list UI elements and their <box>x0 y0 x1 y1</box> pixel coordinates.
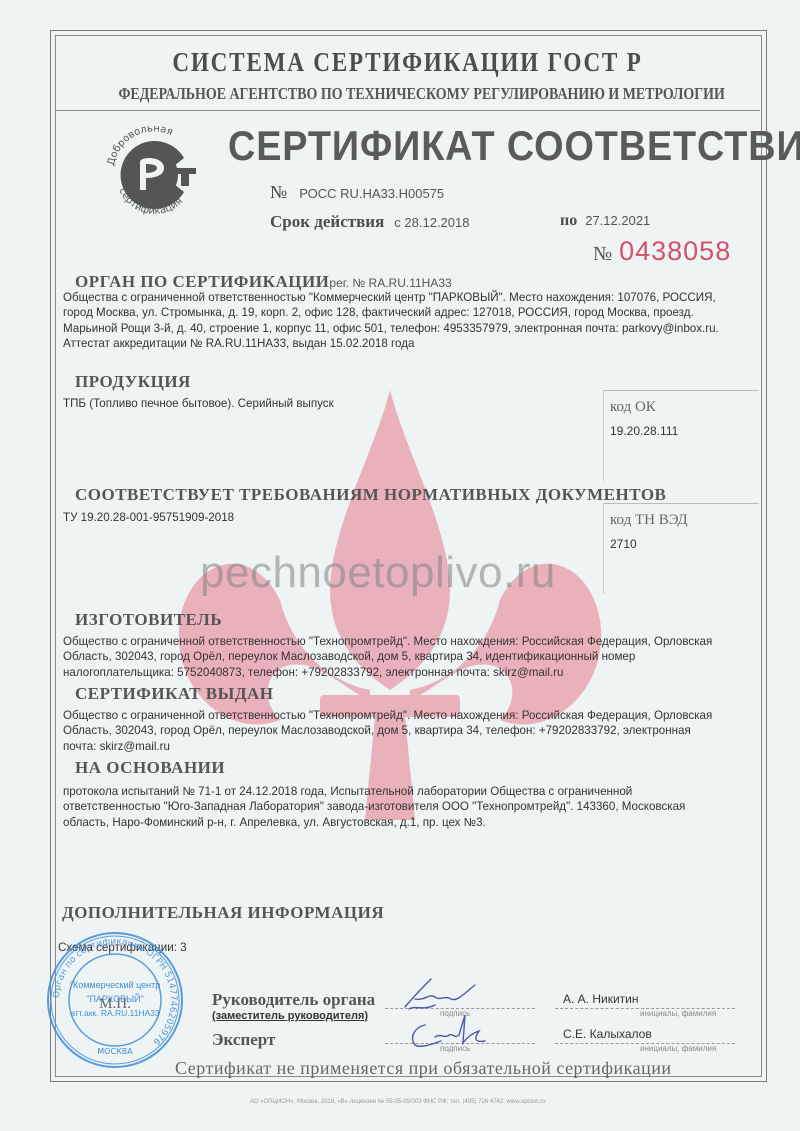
certification-body-details: Общества с ограниченной ответственностью… <box>63 290 719 352</box>
normative-document: ТУ 19.20.28-001-95751909-2018 <box>63 510 234 525</box>
manufacturer-heading: ИЗГОТОВИТЕЛЬ <box>75 610 222 630</box>
system-title: СИСТЕМА СЕРТИФИКАЦИИ ГОСТ Р <box>104 47 710 78</box>
agency-title: ФЕДЕРАЛЬНОЕ АГЕНТСТВО ПО ТЕХНИЧЕСКОМУ РЕ… <box>118 84 696 104</box>
deputy-head-label: (заместитель руководителя) <box>212 1010 368 1022</box>
manufacturer-details: Общество с ограниченной ответственностью… <box>63 634 712 680</box>
conformity-heading: СООТВЕТСТВУЕТ ТРЕБОВАНИЯМ НОРМАТИВНЫХ ДО… <box>75 485 666 505</box>
rst-logo-icon: Добровольная сертификация <box>100 120 204 224</box>
basis-heading: НА ОСНОВАНИИ <box>75 758 225 778</box>
tn-ved-code-box: код ТН ВЭД 2710 <box>603 503 759 594</box>
product-heading: ПРОДУКЦИЯ <box>75 372 191 392</box>
certification-body-heading: ОРГАН ПО СЕРТИФИКАЦИИрег. № RA.RU.11НА33 <box>75 272 452 292</box>
header-divider <box>55 110 760 111</box>
printer-info: АО «ОПЦИОН», Москва, 2018, «В» лицензия … <box>250 1099 546 1105</box>
name-caption: инициалы, фамилия <box>640 1009 716 1018</box>
fleur-de-lis-watermark-icon <box>170 390 610 820</box>
issued-to-heading: СЕРТИФИКАТ ВЫДАН <box>75 684 274 704</box>
expert-label: Эксперт <box>212 1030 275 1050</box>
svg-text:МОСКВА: МОСКВА <box>97 1047 133 1056</box>
svg-text:М.П.: М.П. <box>99 996 131 1012</box>
expert-name: С.Е. Калыхалов <box>563 1027 652 1041</box>
ok-code-box: код ОК 19.20.28.111 <box>603 390 759 481</box>
footer-note: Сертификат не применяется при обязательн… <box>175 1058 671 1079</box>
validity-from: Срок действияс 28.12.2018 <box>270 212 469 232</box>
round-stamp-icon: Орган по сертификации ОГРН 5147746205976… <box>45 930 185 1070</box>
handwritten-signatures-icon <box>395 975 515 1055</box>
name-caption: инициалы, фамилия <box>640 1044 716 1053</box>
validity-to: по27.12.2021 <box>560 212 650 230</box>
watermark-text: pechnoetoplivo.ru <box>200 548 556 598</box>
blank-serial-number: №0438058 <box>593 236 731 267</box>
svg-text:"Коммерческий центр: "Коммерческий центр <box>70 980 160 990</box>
product-text: ТПБ (Топливо печное бытовое). Серийный в… <box>63 396 334 411</box>
certificate-title: СЕРТИФИКАТ СООТВЕТСТВИЯ <box>228 122 800 170</box>
head-name: А. А. Никитин <box>563 992 639 1006</box>
additional-info-heading: ДОПОЛНИТЕЛЬНАЯ ИНФОРМАЦИЯ <box>62 903 384 923</box>
certificate-number: №РОСС RU.НА33.Н00575 <box>270 182 444 203</box>
issued-to-details: Общество с ограниченной ответственностью… <box>63 708 712 754</box>
basis-details: протокола испытаний № 71-1 от 24.12.2018… <box>63 784 685 830</box>
head-of-body-label: Руководитель органа <box>212 990 375 1010</box>
